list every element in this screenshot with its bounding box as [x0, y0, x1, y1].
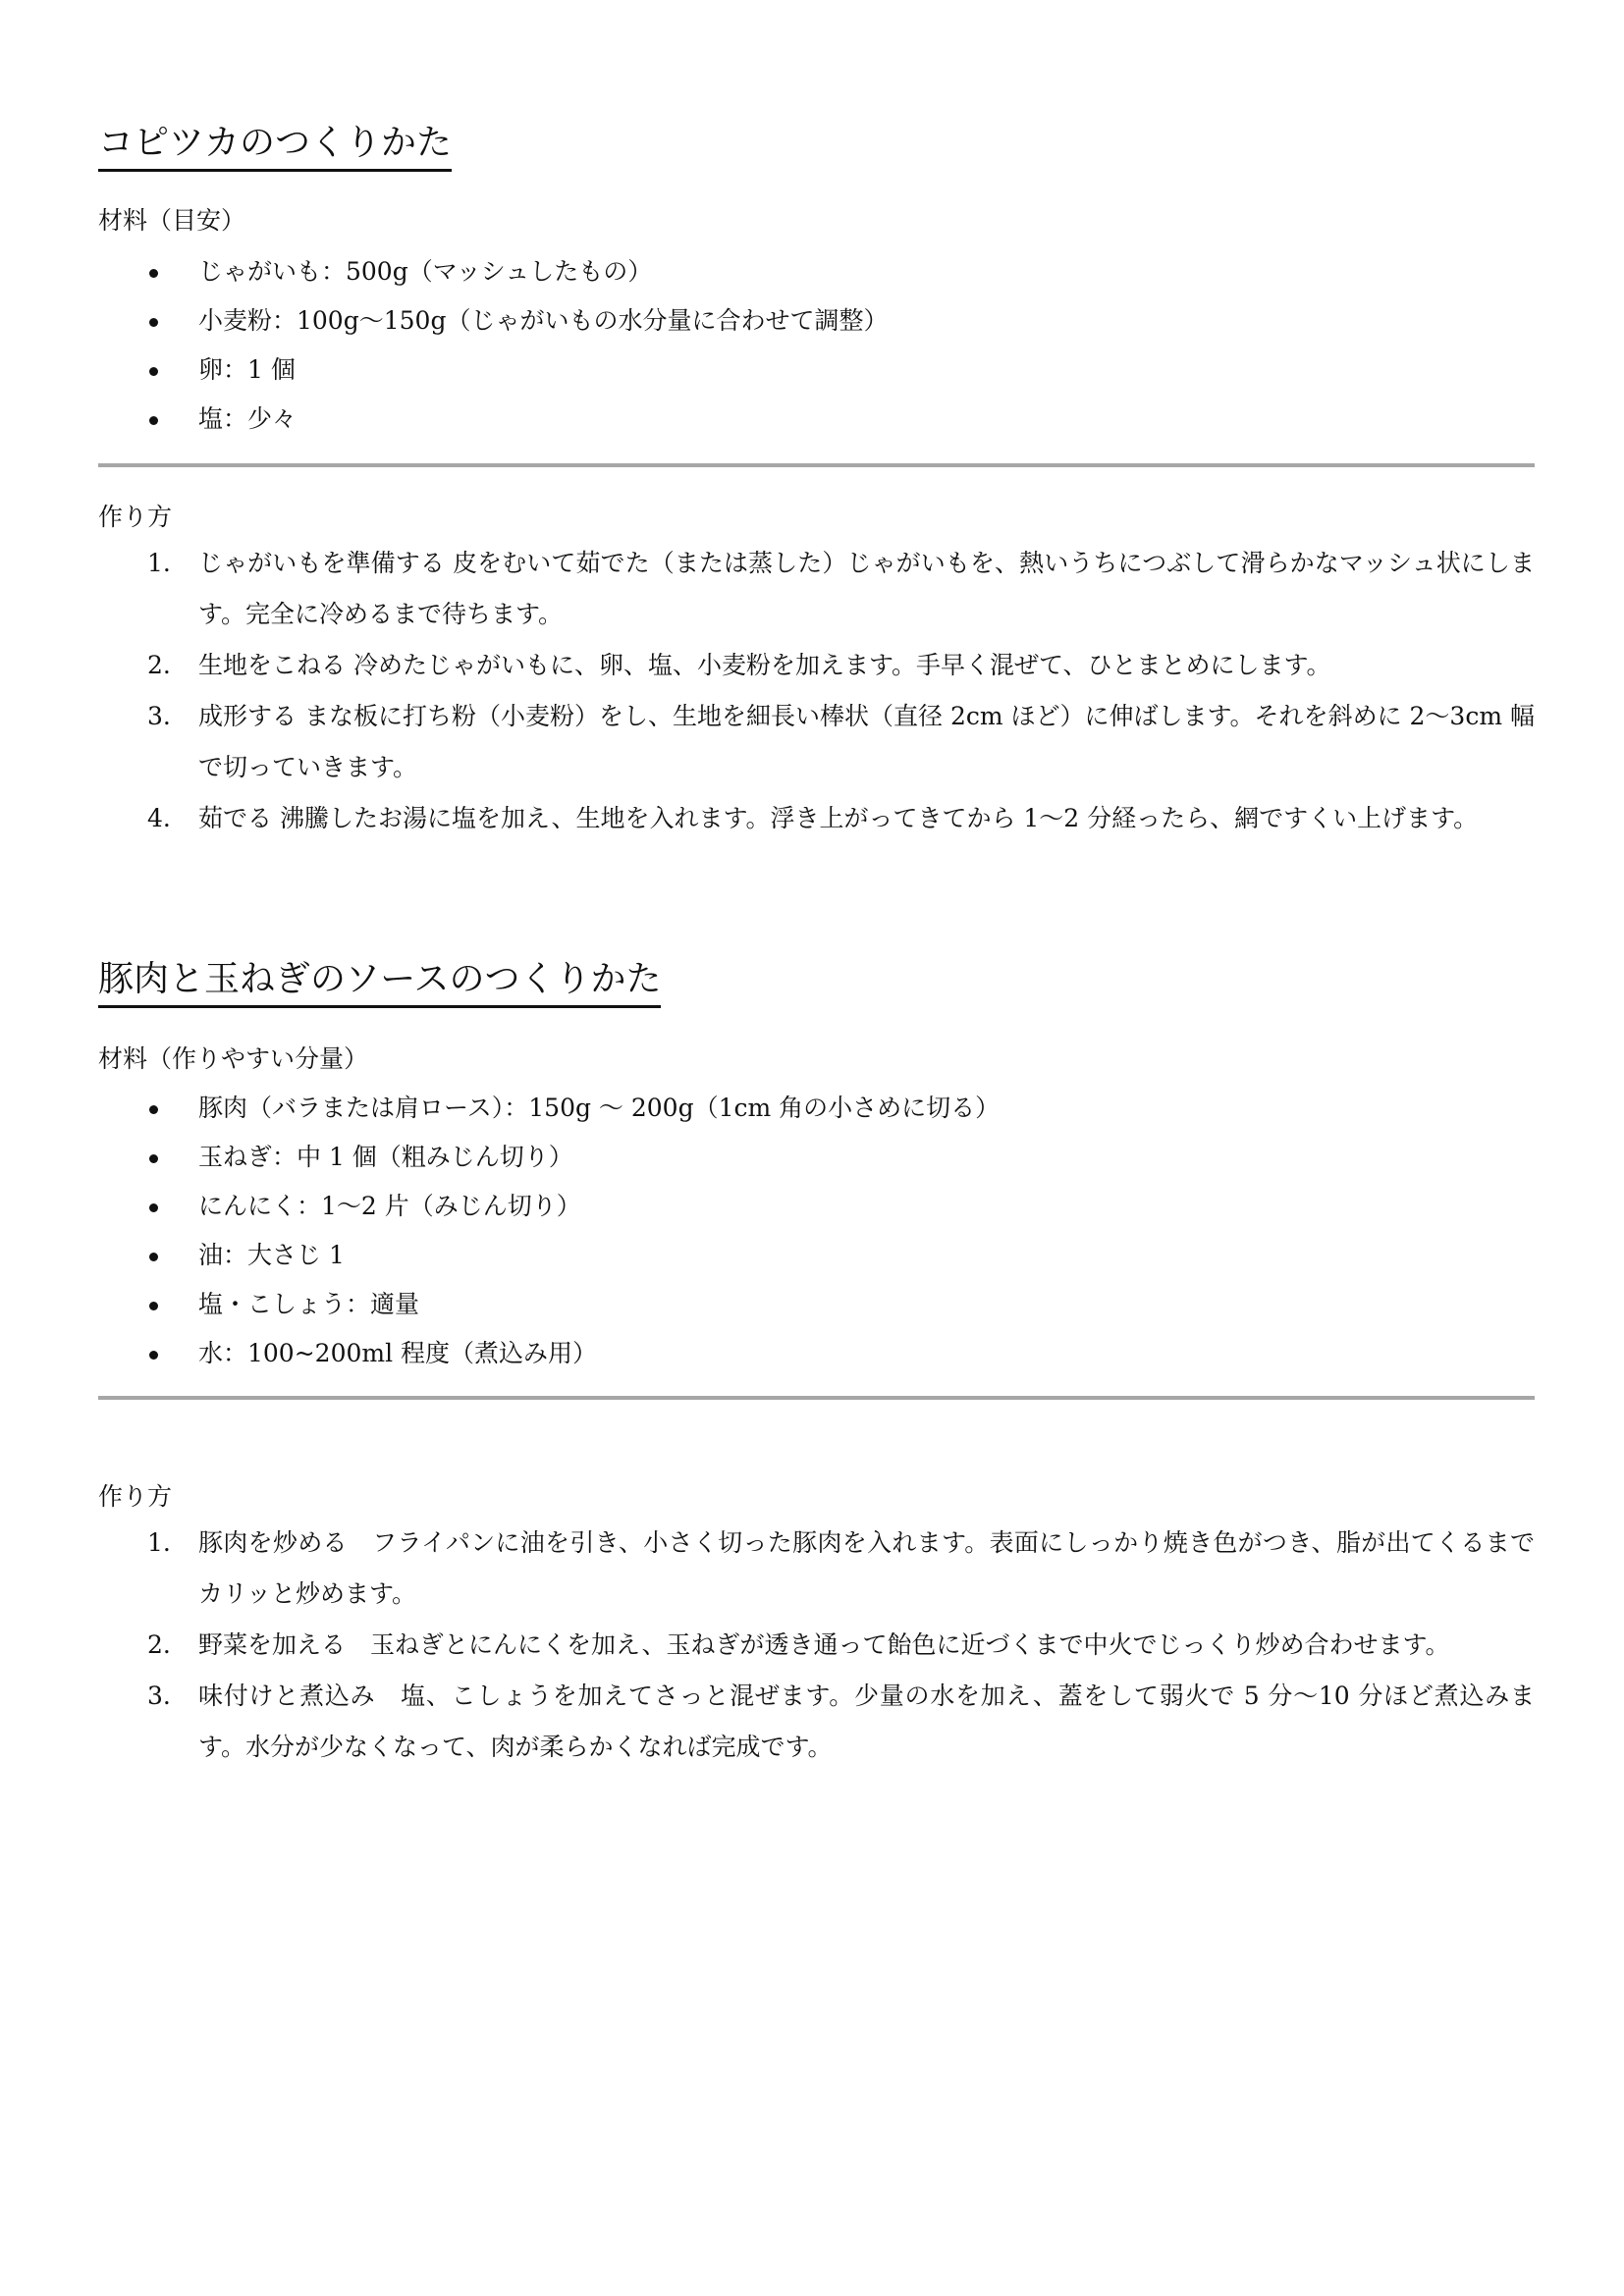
- ingredients-list: 豚肉（バラまたは肩ロース）：150g 〜 200g（1cm 角の小さめに切る） …: [98, 1094, 1000, 1388]
- steps-list: 1.豚肉を炒める フライパンに油を引き、小さく切った豚肉を入れます。表面にしっか…: [98, 1518, 1535, 1773]
- bullet-icon: [149, 269, 158, 278]
- list-item: 油：大さじ 1: [98, 1241, 1000, 1290]
- bullet-icon: [149, 367, 158, 376]
- list-item: 塩：少々: [98, 404, 888, 454]
- bullet-icon: [149, 1351, 158, 1360]
- ingredients-label: 材料（作りやすい分量）: [98, 1044, 368, 1074]
- bullet-icon: [149, 318, 158, 327]
- divider: [98, 1396, 1535, 1400]
- section-title-kopytka: コピツカのつくりかた: [98, 122, 452, 172]
- list-item: 卵：1 個: [98, 355, 888, 404]
- method-label: 作り方: [98, 1482, 172, 1512]
- step-item: 1.豚肉を炒める フライパンに油を引き、小さく切った豚肉を入れます。表面にしっか…: [98, 1518, 1535, 1620]
- bullet-icon: [149, 1154, 158, 1163]
- step-item: 2.野菜を加える 玉ねぎとにんにくを加え、玉ねぎが透き通って飴色に近づくまで中火…: [98, 1620, 1535, 1671]
- method-label: 作り方: [98, 503, 172, 532]
- list-item: 水：100~200ml 程度（煮込み用）: [98, 1339, 1000, 1388]
- ingredients-label: 材料（目安）: [98, 206, 245, 236]
- bullet-icon: [149, 1253, 158, 1261]
- steps-list: 1.じゃがいもを準備する 皮をむいて茹でた（または蒸した）じゃがいもを、熱いうち…: [98, 538, 1535, 844]
- list-item: にんにく：1〜2 片（みじん切り）: [98, 1192, 1000, 1241]
- step-item: 1.じゃがいもを準備する 皮をむいて茹でた（または蒸した）じゃがいもを、熱いうち…: [98, 538, 1535, 640]
- list-item: じゃがいも：500g（マッシュしたもの）: [98, 257, 888, 306]
- section-title-pork-onion-sauce: 豚肉と玉ねぎのソースのつくりかた: [98, 958, 661, 1008]
- step-item: 3.味付けと煮込み 塩、こしょうを加えてさっと混ぜます。少量の水を加え、蓋をして…: [98, 1671, 1535, 1773]
- step-item: 4.茹でる 沸騰したお湯に塩を加え、生地を入れます。浮き上がってきてから 1〜2…: [98, 793, 1535, 844]
- bullet-icon: [149, 1203, 158, 1212]
- bullet-icon: [149, 1105, 158, 1114]
- list-item: 塩・こしょう：適量: [98, 1290, 1000, 1339]
- ingredients-list: じゃがいも：500g（マッシュしたもの） 小麦粉：100g〜150g（じゃがいも…: [98, 257, 888, 454]
- bullet-icon: [149, 1302, 158, 1310]
- bullet-icon: [149, 416, 158, 425]
- list-item: 豚肉（バラまたは肩ロース）：150g 〜 200g（1cm 角の小さめに切る）: [98, 1094, 1000, 1143]
- step-item: 3.成形する まな板に打ち粉（小麦粉）をし、生地を細長い棒状（直径 2cm ほど…: [98, 691, 1535, 793]
- divider: [98, 463, 1535, 467]
- step-item: 2.生地をこねる 冷めたじゃがいもに、卵、塩、小麦粉を加えます。手早く混ぜて、ひ…: [98, 640, 1535, 691]
- list-item: 小麦粉：100g〜150g（じゃがいもの水分量に合わせて調整）: [98, 306, 888, 355]
- list-item: 玉ねぎ：中 1 個（粗みじん切り）: [98, 1143, 1000, 1192]
